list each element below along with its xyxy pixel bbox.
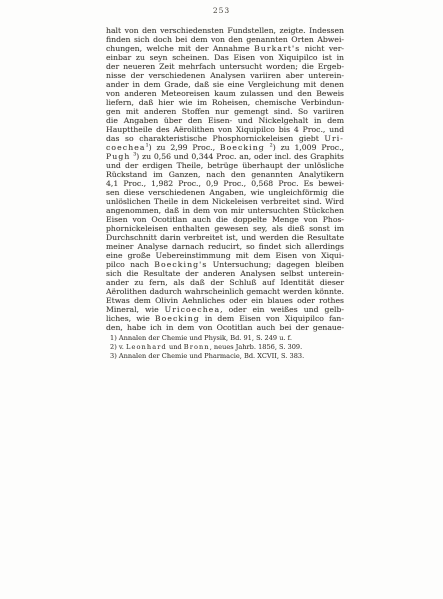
text-line: der neueren Zeit mehrfach untersucht wor… <box>106 62 344 71</box>
text-line: angenommen, daß in dem von mir untersuch… <box>106 206 344 215</box>
text-segment: pilco nach <box>106 260 154 269</box>
text-segment: sich die Resultate der anderen Analysen … <box>106 269 344 278</box>
text-line: Haupttheile des Aërolithen von Xiquipilc… <box>106 125 344 134</box>
text-segment: ander zu fern, als daß der Schluß auf Id… <box>106 278 344 287</box>
text-segment: Pugh <box>106 152 130 161</box>
text-line: das so charakteristische Phosphornickele… <box>106 134 344 143</box>
text-line: Etwas dem Olivin Aehnliches oder ein bla… <box>106 296 344 305</box>
text-segment: nicht ver- <box>300 44 344 53</box>
text-segment: chungen, welche mit der Annahme <box>106 44 254 53</box>
text-line: 1) Annalen der Chemie und Physik, Bd. 91… <box>110 334 344 343</box>
text-segment: unlöslichen Theile in dem Nickeleisen ve… <box>106 197 344 206</box>
text-segment: meiner Analyse darnach reducirt, so find… <box>106 242 344 251</box>
text-line: eine große Uebereinstimmung mit dem Eise… <box>106 251 344 260</box>
text-segment: einbar zu seyn scheinen. Das Eisen von X… <box>106 53 344 62</box>
text-segment: halt von den verschiedensten Fundstellen… <box>106 26 344 35</box>
footnotes: 1) Annalen der Chemie und Physik, Bd. 91… <box>110 334 344 360</box>
text-segment: phornickeleisen enthalten gewesen sey, a… <box>106 224 344 233</box>
text-segment: angenommen, daß in dem von mir untersuch… <box>106 206 344 215</box>
text-line: Mineral, wie Uricoechea, oder ein weißes… <box>106 305 344 314</box>
text-segment: Durchschnitt darin verbreitet ist, und w… <box>106 233 344 242</box>
text-segment: ander in dem Grade, daß sie eine Verglei… <box>106 80 344 89</box>
text-segment: 3) Annalen der Chemie und Pharmacie, Bd.… <box>110 352 304 360</box>
text-segment: und <box>167 343 184 351</box>
text-line: finden sich doch bei dem von den genannt… <box>106 35 344 44</box>
text-line: Rückstand im Ganzen, nach den genannten … <box>106 170 344 179</box>
text-segment: Eisen von Ocotitlan auch die doppelte Me… <box>106 215 344 224</box>
text-segment: Mineral, wie <box>106 305 165 314</box>
text-line: chungen, welche mit der Annahme Burkart'… <box>106 44 344 53</box>
text-line: liefern, daß hier wie im Roheisen, chemi… <box>106 98 344 107</box>
text-line: nisse der verschiedenen Analysen variire… <box>106 71 344 80</box>
page-number: 253 <box>0 6 443 15</box>
text-line: den, habe ich in dem von Ocotitlan auch … <box>106 323 344 332</box>
text-segment: , oder ein weißes und gelb- <box>220 305 344 314</box>
text-line: unlöslichen Theile in dem Nickeleisen ve… <box>106 197 344 206</box>
text-line: pilco nach Boecking's Untersuchung; dage… <box>106 260 344 269</box>
text-segment: von anderen Meteoreisen kaum zulassen un… <box>106 89 344 98</box>
text-line: 3) Annalen der Chemie und Pharmacie, Bd.… <box>110 352 344 361</box>
text-line: 2) v. Leonhard und Bronn, neues Jahrb. 1… <box>110 343 344 352</box>
text-line: ander zu fern, als daß der Schluß auf Id… <box>106 278 344 287</box>
text-segment: sen diese verschiedenen Angaben, wie ung… <box>106 188 344 197</box>
text-line: die Angaben über den Eisen- und Nickelge… <box>106 116 344 125</box>
text-segment: liefern, daß hier wie im Roheisen, chemi… <box>106 98 344 107</box>
text-segment: ) zu 0,56 und 0,344 Proc. an, oder incl.… <box>136 152 344 161</box>
text-segment: Burkart's <box>254 44 300 53</box>
text-segment: , neues Jahrb. 1856, S. 309. <box>210 343 302 351</box>
text-line: Pugh 3) zu 0,56 und 0,344 Proc. an, oder… <box>106 152 344 161</box>
text-segment: ) zu 2,99 Proc., <box>149 143 220 152</box>
document-page: 253 halt von den verschiedensten Fundste… <box>0 0 443 599</box>
text-segment: coechea <box>106 143 146 152</box>
text-line: liches, wie Boecking in dem Eisen von Xi… <box>106 314 344 323</box>
text-line: coechea1) zu 2,99 Proc., Boecking 2) zu … <box>106 143 344 152</box>
text-line: und der erdigen Theile, betrüge überhaup… <box>106 161 344 170</box>
text-segment: Bronn <box>184 343 210 351</box>
text-segment: das so charakteristische Phosphornickele… <box>106 134 324 143</box>
text-segment: Boecking <box>155 314 200 323</box>
text-segment: der neueren Zeit mehrfach untersucht wor… <box>106 62 344 71</box>
text-segment: 1) Annalen der Chemie und Physik, Bd. 91… <box>110 334 292 342</box>
text-line: sen diese verschiedenen Angaben, wie ung… <box>106 188 344 197</box>
text-segment: finden sich doch bei dem von den genannt… <box>106 35 344 44</box>
text-line: von anderen Meteoreisen kaum zulassen un… <box>106 89 344 98</box>
text-segment: und der erdigen Theile, betrüge überhaup… <box>106 161 344 170</box>
body-text: halt von den verschiedensten Fundstellen… <box>106 26 344 332</box>
text-segment: Uri- <box>324 134 344 143</box>
text-segment: Boecking <box>220 143 265 152</box>
text-segment: nisse der verschiedenen Analysen variire… <box>106 71 344 80</box>
text-segment: eine große Uebereinstimmung mit dem Eise… <box>106 251 344 260</box>
text-segment: Haupttheile des Aërolithen von Xiquipilc… <box>106 125 344 134</box>
text-segment: in dem Eisen von Xiquipilco fan- <box>200 314 344 323</box>
text-segment: Etwas dem Olivin Aehnliches oder ein bla… <box>106 296 344 305</box>
text-line: sich die Resultate der anderen Analysen … <box>106 269 344 278</box>
text-segment: 2) v. <box>110 343 126 351</box>
text-line: gen mit anderen Stoffen nur gemengt sind… <box>106 107 344 116</box>
text-line: Aërolithen dadurch wahrscheinlich gemach… <box>106 287 344 296</box>
text-segment: die Angaben über den Eisen- und Nickelge… <box>106 116 344 125</box>
text-segment: ) zu 1,009 Proc., <box>273 143 344 152</box>
text-line: phornickeleisen enthalten gewesen sey, a… <box>106 224 344 233</box>
text-segment: Uricoechea <box>165 305 221 314</box>
text-line: Eisen von Ocotitlan auch die doppelte Me… <box>106 215 344 224</box>
text-line: meiner Analyse darnach reducirt, so find… <box>106 242 344 251</box>
text-segment: den, habe ich in dem von Ocotitlan auch … <box>106 323 344 332</box>
text-line: 4,1 Proc., 1,982 Proc., 0,9 Proc., 0,568… <box>106 179 344 188</box>
text-line: halt von den verschiedensten Fundstellen… <box>106 26 344 35</box>
text-segment: Aërolithen dadurch wahrscheinlich gemach… <box>106 287 344 296</box>
text-segment: Boecking's <box>154 260 207 269</box>
text-segment: gen mit anderen Stoffen nur gemengt sind… <box>106 107 344 116</box>
text-segment: Rückstand im Ganzen, nach den genannten … <box>106 170 344 179</box>
text-line: einbar zu seyn scheinen. Das Eisen von X… <box>106 53 344 62</box>
text-segment: liches, wie <box>106 314 155 323</box>
text-segment: Untersuchung; dagegen bleiben <box>207 260 344 269</box>
text-line: Durchschnitt darin verbreitet ist, und w… <box>106 233 344 242</box>
text-line: ander in dem Grade, daß sie eine Verglei… <box>106 80 344 89</box>
text-segment: 4,1 Proc., 1,982 Proc., 0,9 Proc., 0,568… <box>106 179 344 188</box>
text-segment: Leonhard <box>126 343 167 351</box>
